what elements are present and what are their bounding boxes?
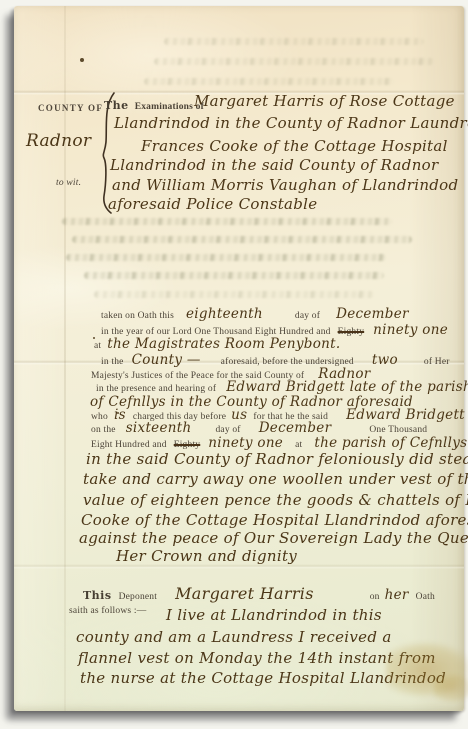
examinee-line: and William Morris Vaughan of Llandrindo… [112, 176, 458, 195]
examinee-line: Frances Cooke of the Cottage Hospital [141, 137, 448, 156]
charge-line-5: value of eighteen pence the goods & chat… [83, 491, 468, 510]
deposition-line-1: I live at Llandrindod in this [166, 606, 382, 625]
examinee-line: Llandrindod in the County of Radnor Laun… [114, 114, 468, 133]
charge-line-4: take and carry away one woollen under ve… [83, 470, 468, 489]
ink-speck [80, 58, 84, 62]
examinee-line: Margaret Harris of Rose Cottage [194, 92, 455, 111]
charge-line-7: against the peace of Our Sovereign Lady … [79, 529, 468, 548]
saith-line: saith as follows :— [69, 600, 146, 618]
charge-line-3: in the said County of Radnor feloniously… [86, 450, 468, 469]
examinee-line: Llandrindod in the said County of Radnor [110, 156, 438, 175]
examination-title: The Examinations of [104, 96, 204, 114]
deposition-line-2: county and am a Laundress I received a [76, 628, 392, 647]
deposition-line-4: the nurse at the Cottage Hospital Llandr… [80, 669, 446, 688]
document-page: COUNTY OF Radnor to wit. The Examination… [14, 6, 464, 711]
county-of-label: COUNTY OF [38, 98, 103, 116]
county-value-handwritten: Radnor [26, 131, 91, 151]
charge-line-6: Cooke of the Cottage Hospital Llandrindo… [81, 511, 468, 530]
charge-line-8: Her Crown and dignity [116, 547, 297, 566]
scanned-document-screenshot: { "document": { "county": { "label": "CO… [0, 0, 468, 729]
examinee-line: aforesaid Police Constable [108, 195, 317, 214]
to-wit-label: to wit. [56, 172, 81, 190]
deposition-line-3: flannel vest on Monday the 14th instant … [78, 649, 436, 668]
